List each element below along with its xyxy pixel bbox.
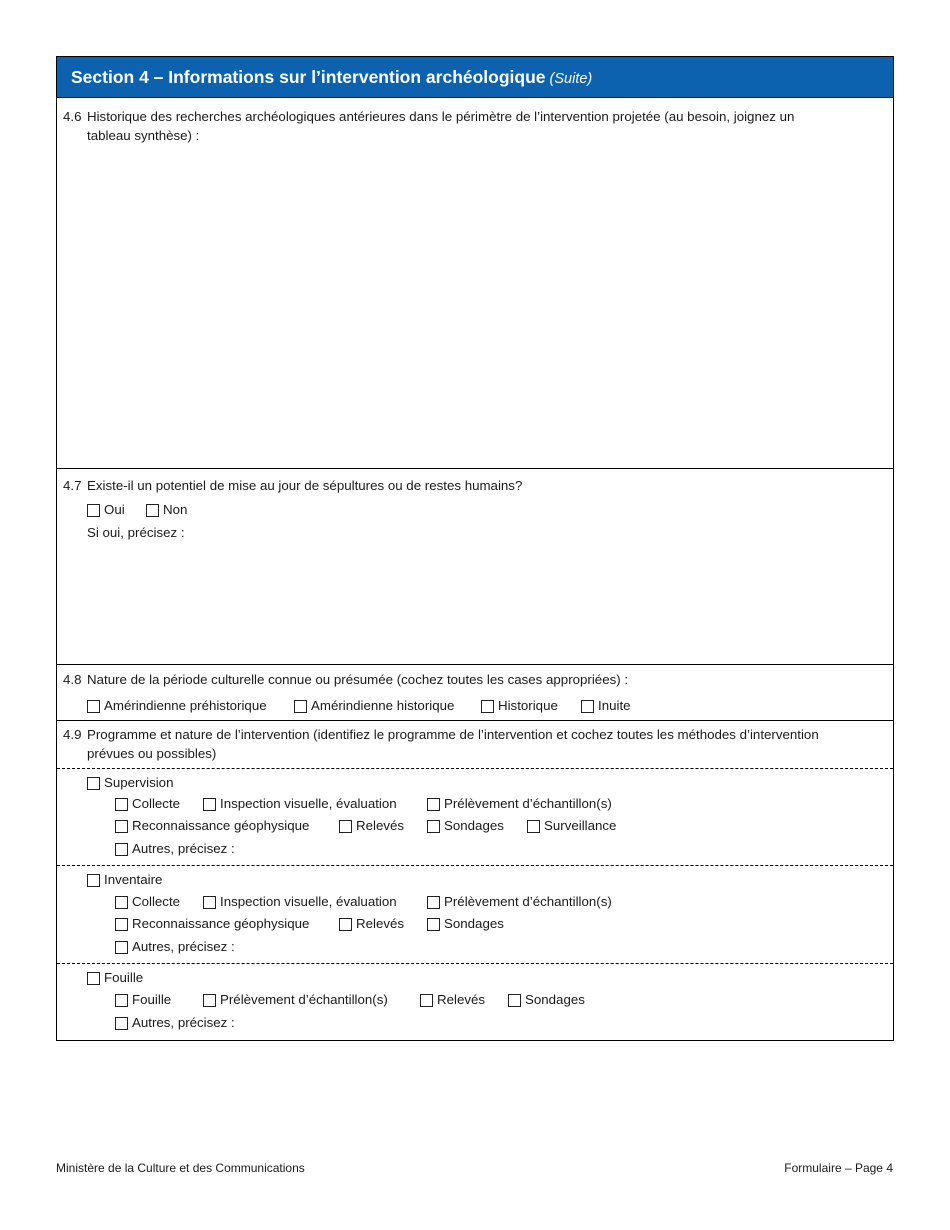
section-title-text: Section 4 – Informations sur l’intervent… [71, 67, 546, 87]
checkbox-label: Fouille [104, 970, 143, 986]
checkbox-icon[interactable] [294, 700, 307, 713]
checkbox-inventaire-prelevement[interactable]: Prélèvement d’échantillon(s) [427, 894, 612, 910]
checkbox-icon[interactable] [87, 972, 100, 985]
checkbox-fouille-fouille[interactable]: Fouille [115, 992, 171, 1008]
dashed-divider [57, 768, 893, 769]
checkbox-inventaire-releves[interactable]: Relevés [339, 916, 404, 932]
checkbox-icon[interactable] [115, 1017, 128, 1030]
checkbox-historique[interactable]: Historique [481, 698, 558, 714]
section-header: Section 4 – Informations sur l’intervent… [57, 57, 893, 98]
question-number: 4.6 [63, 107, 87, 126]
checkbox-oui[interactable]: Oui [87, 502, 125, 518]
checkbox-icon[interactable] [203, 896, 216, 909]
checkbox-label: Amérindienne historique [311, 698, 454, 714]
checkbox-inventaire-sondages[interactable]: Sondages [427, 916, 504, 932]
footer-ministry: Ministère de la Culture et des Communica… [56, 1161, 305, 1175]
answer-area-4-7[interactable] [63, 545, 887, 660]
checkbox-label: Prélèvement d’échantillon(s) [444, 894, 612, 910]
checkbox-amerindienne-historique[interactable]: Amérindienne historique [294, 698, 454, 714]
checkbox-icon[interactable] [427, 896, 440, 909]
divider [57, 720, 893, 721]
checkbox-label: Prélèvement d’échantillon(s) [444, 796, 612, 812]
checkbox-label: Inspection visuelle, évaluation [220, 894, 397, 910]
checkbox-label: Sondages [444, 818, 504, 834]
section-suite-label: (Suite) [550, 71, 593, 87]
checkbox-icon[interactable] [115, 820, 128, 833]
checkbox-supervision-reconnaissance[interactable]: Reconnaissance géophysique [115, 818, 309, 834]
followup-label: Si oui, précisez : [87, 525, 185, 541]
footer-page-number: Formulaire – Page 4 [784, 1161, 893, 1175]
checkbox-label: Surveillance [544, 818, 616, 834]
checkbox-inventaire-collecte[interactable]: Collecte [115, 894, 180, 910]
checkbox-program-fouille[interactable]: Fouille [87, 970, 143, 986]
checkbox-supervision-collecte[interactable]: Collecte [115, 796, 180, 812]
checkbox-label: Relevés [356, 818, 404, 834]
checkbox-program-supervision[interactable]: Supervision [87, 775, 173, 791]
question-text-line1: Historique des recherches archéologiques… [87, 109, 794, 124]
checkbox-label: Collecte [132, 796, 180, 812]
checkbox-label: Oui [104, 502, 125, 518]
checkbox-fouille-prelevement[interactable]: Prélèvement d’échantillon(s) [203, 992, 388, 1008]
checkbox-icon[interactable] [115, 798, 128, 811]
divider [57, 468, 893, 469]
checkbox-icon[interactable] [115, 994, 128, 1007]
checkbox-label: Sondages [444, 916, 504, 932]
checkbox-icon[interactable] [115, 843, 128, 856]
question-4-7: 4.7Existe-il un potentiel de mise au jou… [63, 476, 853, 495]
checkbox-supervision-sondages[interactable]: Sondages [427, 818, 504, 834]
checkbox-supervision-autres[interactable]: Autres, précisez : [115, 841, 235, 857]
checkbox-icon[interactable] [146, 504, 159, 517]
checkbox-fouille-sondages[interactable]: Sondages [508, 992, 585, 1008]
checkbox-program-inventaire[interactable]: Inventaire [87, 872, 162, 888]
answer-area-4-6[interactable] [63, 147, 887, 465]
checkbox-label: Prélèvement d’échantillon(s) [220, 992, 388, 1008]
checkbox-label: Inventaire [104, 872, 162, 888]
checkbox-inventaire-autres[interactable]: Autres, précisez : [115, 939, 235, 955]
checkbox-supervision-surveillance[interactable]: Surveillance [527, 818, 616, 834]
checkbox-icon[interactable] [527, 820, 540, 833]
checkbox-icon[interactable] [481, 700, 494, 713]
checkbox-icon[interactable] [87, 700, 100, 713]
checkbox-supervision-inspection[interactable]: Inspection visuelle, évaluation [203, 796, 397, 812]
checkbox-supervision-prelevement[interactable]: Prélèvement d’échantillon(s) [427, 796, 612, 812]
checkbox-icon[interactable] [339, 820, 352, 833]
question-text: Existe-il un potentiel de mise au jour d… [87, 478, 522, 493]
checkbox-icon[interactable] [427, 820, 440, 833]
question-number: 4.7 [63, 476, 87, 495]
checkbox-label: Sondages [525, 992, 585, 1008]
checkbox-label: Autres, précisez : [132, 1015, 235, 1031]
checkbox-icon[interactable] [339, 918, 352, 931]
checkbox-label: Reconnaissance géophysique [132, 916, 309, 932]
checkbox-label: Supervision [104, 775, 173, 791]
checkbox-icon[interactable] [581, 700, 594, 713]
dashed-divider [57, 865, 893, 866]
dashed-divider [57, 963, 893, 964]
checkbox-label: Fouille [132, 992, 171, 1008]
checkbox-icon[interactable] [115, 896, 128, 909]
checkbox-label: Relevés [437, 992, 485, 1008]
checkbox-inventaire-reconnaissance[interactable]: Reconnaissance géophysique [115, 916, 309, 932]
question-text-line2: tableau synthèse) : [63, 126, 853, 145]
checkbox-fouille-releves[interactable]: Relevés [420, 992, 485, 1008]
checkbox-icon[interactable] [87, 504, 100, 517]
question-4-6: 4.6Historique des recherches archéologiq… [63, 107, 853, 145]
checkbox-icon[interactable] [115, 918, 128, 931]
checkbox-fouille-autres[interactable]: Autres, précisez : [115, 1015, 235, 1031]
checkbox-label: Reconnaissance géophysique [132, 818, 309, 834]
question-number: 4.8 [63, 670, 87, 689]
form-section-4: Section 4 – Informations sur l’intervent… [56, 56, 894, 1041]
question-number: 4.9 [63, 725, 87, 744]
question-4-9: 4.9Programme et nature de l’intervention… [63, 725, 853, 763]
checkbox-icon[interactable] [508, 994, 521, 1007]
checkbox-label: Autres, précisez : [132, 841, 235, 857]
checkbox-amerindienne-prehistorique[interactable]: Amérindienne préhistorique [87, 698, 267, 714]
checkbox-icon[interactable] [203, 798, 216, 811]
checkbox-icon[interactable] [427, 918, 440, 931]
checkbox-icon[interactable] [203, 994, 216, 1007]
checkbox-icon[interactable] [420, 994, 433, 1007]
checkbox-icon[interactable] [427, 798, 440, 811]
question-text-line2: prévues ou possibles) [63, 744, 853, 763]
checkbox-icon[interactable] [87, 874, 100, 887]
checkbox-icon[interactable] [115, 941, 128, 954]
checkbox-icon[interactable] [87, 777, 100, 790]
divider [57, 664, 893, 665]
checkbox-inventaire-inspection[interactable]: Inspection visuelle, évaluation [203, 894, 397, 910]
checkbox-supervision-releves[interactable]: Relevés [339, 818, 404, 834]
section-title: Section 4 – Informations sur l’intervent… [71, 67, 592, 88]
question-text: Nature de la période culturelle connue o… [87, 672, 628, 687]
checkbox-label: Historique [498, 698, 558, 714]
checkbox-label: Amérindienne préhistorique [104, 698, 267, 714]
checkbox-non[interactable]: Non [146, 502, 187, 518]
question-text-line1: Programme et nature de l’intervention (i… [87, 727, 819, 742]
question-4-8: 4.8Nature de la période culturelle connu… [63, 670, 853, 689]
checkbox-label: Collecte [132, 894, 180, 910]
checkbox-label: Non [163, 502, 187, 518]
checkbox-label: Inuite [598, 698, 631, 714]
checkbox-label: Autres, précisez : [132, 939, 235, 955]
checkbox-inuite[interactable]: Inuite [581, 698, 631, 714]
checkbox-label: Relevés [356, 916, 404, 932]
checkbox-label: Inspection visuelle, évaluation [220, 796, 397, 812]
